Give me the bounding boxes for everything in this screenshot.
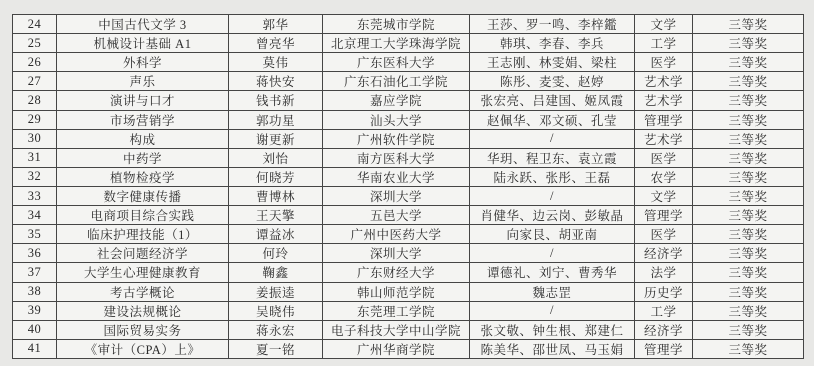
cell-no: 41 — [13, 339, 57, 358]
cell-no: 36 — [13, 244, 57, 263]
cell-university: 广州中医药大学 — [323, 225, 470, 244]
table-row: 31中药学刘怡南方医科大学华玥、程卫东、袁立霞医学三等奖 — [13, 148, 804, 167]
table-row: 40国际贸易实务蒋永宏电子科技大学中山学院张文敬、钟生根、郑建仁经济学三等奖 — [13, 320, 804, 339]
cell-leader: 曾亮华 — [229, 34, 323, 53]
cell-course: 中国古代文学 3 — [57, 15, 229, 34]
cell-course: 构成 — [57, 129, 229, 148]
cell-course: 《审计（CPA）上》 — [57, 339, 229, 358]
cell-discipline: 管理学 — [635, 206, 693, 225]
cell-course: 声乐 — [57, 72, 229, 91]
cell-university: 五邑大学 — [323, 206, 470, 225]
cell-award: 三等奖 — [693, 91, 804, 110]
table-row: 30构成谢更新广州软件学院/艺术学三等奖 — [13, 129, 804, 148]
cell-leader: 蒋快安 — [229, 72, 323, 91]
cell-university: 东莞理工学院 — [323, 301, 470, 320]
cell-university: 嘉应学院 — [323, 91, 470, 110]
cell-course: 外科学 — [57, 53, 229, 72]
cell-no: 25 — [13, 34, 57, 53]
cell-university: 电子科技大学中山学院 — [323, 320, 470, 339]
table-row: 27声乐蒋快安广东石油化工学院陈彤、麦雯、赵婷艺术学三等奖 — [13, 72, 804, 91]
cell-no: 31 — [13, 148, 57, 167]
cell-discipline: 经济学 — [635, 320, 693, 339]
cell-award: 三等奖 — [693, 148, 804, 167]
cell-no: 37 — [13, 263, 57, 282]
cell-award: 三等奖 — [693, 301, 804, 320]
table-row: 32植物检疫学何晓芳华南农业大学陆永跃、张彤、王磊农学三等奖 — [13, 167, 804, 186]
cell-university: 深圳大学 — [323, 186, 470, 205]
table-row: 36社会问题经济学何玲深圳大学/经济学三等奖 — [13, 244, 804, 263]
cell-course: 植物检疫学 — [57, 167, 229, 186]
cell-leader: 谢更新 — [229, 129, 323, 148]
table-row: 28演讲与口才钱书新嘉应学院张宏亮、吕建国、姬凤霞艺术学三等奖 — [13, 91, 804, 110]
document-table-region: 24中国古代文学 3郭华东莞城市学院王莎、罗一鸣、李梓鑑文学三等奖25机械设计基… — [12, 14, 803, 359]
cell-university: 韩山师范学院 — [323, 282, 470, 301]
cell-no: 29 — [13, 110, 57, 129]
cell-members: / — [470, 186, 635, 205]
cell-award: 三等奖 — [693, 53, 804, 72]
cell-award: 三等奖 — [693, 167, 804, 186]
cell-discipline: 法学 — [635, 263, 693, 282]
cell-award: 三等奖 — [693, 129, 804, 148]
cell-discipline: 医学 — [635, 53, 693, 72]
cell-university: 广东医科大学 — [323, 53, 470, 72]
cell-course: 临床护理技能（1） — [57, 225, 229, 244]
cell-no: 26 — [13, 53, 57, 72]
table-row: 34电商项目综合实践王天擎五邑大学肖健华、边云岗、彭敏晶管理学三等奖 — [13, 206, 804, 225]
table-row: 35临床护理技能（1）谭益冰广州中医药大学向家艮、胡亚南医学三等奖 — [13, 225, 804, 244]
cell-leader: 何玲 — [229, 244, 323, 263]
cell-members: 肖健华、边云岗、彭敏晶 — [470, 206, 635, 225]
cell-members: / — [470, 301, 635, 320]
cell-discipline: 农学 — [635, 167, 693, 186]
cell-members: 陆永跃、张彤、王磊 — [470, 167, 635, 186]
cell-members: / — [470, 129, 635, 148]
cell-award: 三等奖 — [693, 339, 804, 358]
cell-university: 北京理工大学珠海学院 — [323, 34, 470, 53]
table-row: 25机械设计基础 A1曾亮华北京理工大学珠海学院韩琪、李春、李兵工学三等奖 — [13, 34, 804, 53]
cell-award: 三等奖 — [693, 15, 804, 34]
cell-discipline: 管理学 — [635, 110, 693, 129]
cell-discipline: 艺术学 — [635, 91, 693, 110]
cell-award: 三等奖 — [693, 263, 804, 282]
cell-course: 社会问题经济学 — [57, 244, 229, 263]
cell-university: 华南农业大学 — [323, 167, 470, 186]
cell-no: 28 — [13, 91, 57, 110]
cell-no: 40 — [13, 320, 57, 339]
cell-award: 三等奖 — [693, 225, 804, 244]
cell-leader: 鞠鑫 — [229, 263, 323, 282]
cell-leader: 莫伟 — [229, 53, 323, 72]
cell-award: 三等奖 — [693, 244, 804, 263]
cell-discipline: 文学 — [635, 15, 693, 34]
cell-members: 陈美华、邵世凤、马玉娟 — [470, 339, 635, 358]
cell-leader: 夏一铭 — [229, 339, 323, 358]
cell-award: 三等奖 — [693, 72, 804, 91]
cell-no: 34 — [13, 206, 57, 225]
cell-members: 陈彤、麦雯、赵婷 — [470, 72, 635, 91]
cell-no: 24 — [13, 15, 57, 34]
scanned-document-page: { "page": { "background_color": "#e8e8e6… — [0, 0, 814, 366]
cell-members: / — [470, 244, 635, 263]
cell-course: 电商项目综合实践 — [57, 206, 229, 225]
cell-university: 南方医科大学 — [323, 148, 470, 167]
cell-award: 三等奖 — [693, 206, 804, 225]
cell-course: 中药学 — [57, 148, 229, 167]
cell-discipline: 艺术学 — [635, 129, 693, 148]
cell-university: 汕头大学 — [323, 110, 470, 129]
cell-leader: 蒋永宏 — [229, 320, 323, 339]
table-row: 37大学生心理健康教育鞠鑫广东财经大学谭德礼、刘宁、曹秀华法学三等奖 — [13, 263, 804, 282]
cell-discipline: 历史学 — [635, 282, 693, 301]
cell-leader: 钱书新 — [229, 91, 323, 110]
cell-members: 张文敬、钟生根、郑建仁 — [470, 320, 635, 339]
cell-discipline: 工学 — [635, 301, 693, 320]
cell-university: 广东财经大学 — [323, 263, 470, 282]
cell-course: 考古学概论 — [57, 282, 229, 301]
table-body: 24中国古代文学 3郭华东莞城市学院王莎、罗一鸣、李梓鑑文学三等奖25机械设计基… — [13, 15, 804, 359]
cell-course: 机械设计基础 A1 — [57, 34, 229, 53]
cell-discipline: 经济学 — [635, 244, 693, 263]
cell-leader: 姜振逵 — [229, 282, 323, 301]
cell-no: 35 — [13, 225, 57, 244]
cell-leader: 郭功星 — [229, 110, 323, 129]
cell-no: 39 — [13, 301, 57, 320]
cell-members: 韩琪、李春、李兵 — [470, 34, 635, 53]
cell-leader: 王天擎 — [229, 206, 323, 225]
cell-course: 建设法规概论 — [57, 301, 229, 320]
cell-course: 数字健康传播 — [57, 186, 229, 205]
table-row: 26外科学莫伟广东医科大学王志刚、林雯娟、梁柱医学三等奖 — [13, 53, 804, 72]
course-award-table: 24中国古代文学 3郭华东莞城市学院王莎、罗一鸣、李梓鑑文学三等奖25机械设计基… — [12, 14, 804, 359]
cell-no: 38 — [13, 282, 57, 301]
cell-no: 30 — [13, 129, 57, 148]
cell-discipline: 文学 — [635, 186, 693, 205]
cell-university: 广州软件学院 — [323, 129, 470, 148]
cell-university: 东莞城市学院 — [323, 15, 470, 34]
cell-award: 三等奖 — [693, 110, 804, 129]
table-row: 29市场营销学郭功星汕头大学赵佩华、邓文硕、孔莹管理学三等奖 — [13, 110, 804, 129]
cell-discipline: 艺术学 — [635, 72, 693, 91]
cell-no: 32 — [13, 167, 57, 186]
table-row: 41《审计（CPA）上》夏一铭广州华商学院陈美华、邵世凤、马玉娟管理学三等奖 — [13, 339, 804, 358]
cell-members: 张宏亮、吕建国、姬凤霞 — [470, 91, 635, 110]
cell-members: 王志刚、林雯娟、梁柱 — [470, 53, 635, 72]
cell-members: 魏志罡 — [470, 282, 635, 301]
table-row: 38考古学概论姜振逵韩山师范学院魏志罡历史学三等奖 — [13, 282, 804, 301]
cell-university: 深圳大学 — [323, 244, 470, 263]
cell-no: 33 — [13, 186, 57, 205]
cell-leader: 何晓芳 — [229, 167, 323, 186]
table-row: 39建设法规概论吴晓伟东莞理工学院/工学三等奖 — [13, 301, 804, 320]
cell-discipline: 管理学 — [635, 339, 693, 358]
cell-award: 三等奖 — [693, 186, 804, 205]
table-row: 24中国古代文学 3郭华东莞城市学院王莎、罗一鸣、李梓鑑文学三等奖 — [13, 15, 804, 34]
cell-discipline: 医学 — [635, 148, 693, 167]
cell-award: 三等奖 — [693, 34, 804, 53]
cell-members: 向家艮、胡亚南 — [470, 225, 635, 244]
cell-award: 三等奖 — [693, 320, 804, 339]
table-row: 33数字健康传播曹博林深圳大学/文学三等奖 — [13, 186, 804, 205]
cell-discipline: 工学 — [635, 34, 693, 53]
cell-course: 国际贸易实务 — [57, 320, 229, 339]
cell-course: 大学生心理健康教育 — [57, 263, 229, 282]
cell-award: 三等奖 — [693, 282, 804, 301]
cell-members: 谭德礼、刘宁、曹秀华 — [470, 263, 635, 282]
cell-no: 27 — [13, 72, 57, 91]
cell-members: 华玥、程卫东、袁立霞 — [470, 148, 635, 167]
cell-leader: 谭益冰 — [229, 225, 323, 244]
cell-members: 赵佩华、邓文硕、孔莹 — [470, 110, 635, 129]
cell-leader: 曹博林 — [229, 186, 323, 205]
cell-members: 王莎、罗一鸣、李梓鑑 — [470, 15, 635, 34]
cell-university: 广州华商学院 — [323, 339, 470, 358]
cell-leader: 吴晓伟 — [229, 301, 323, 320]
cell-course: 市场营销学 — [57, 110, 229, 129]
cell-leader: 刘怡 — [229, 148, 323, 167]
cell-leader: 郭华 — [229, 15, 323, 34]
cell-course: 演讲与口才 — [57, 91, 229, 110]
cell-discipline: 医学 — [635, 225, 693, 244]
cell-university: 广东石油化工学院 — [323, 72, 470, 91]
